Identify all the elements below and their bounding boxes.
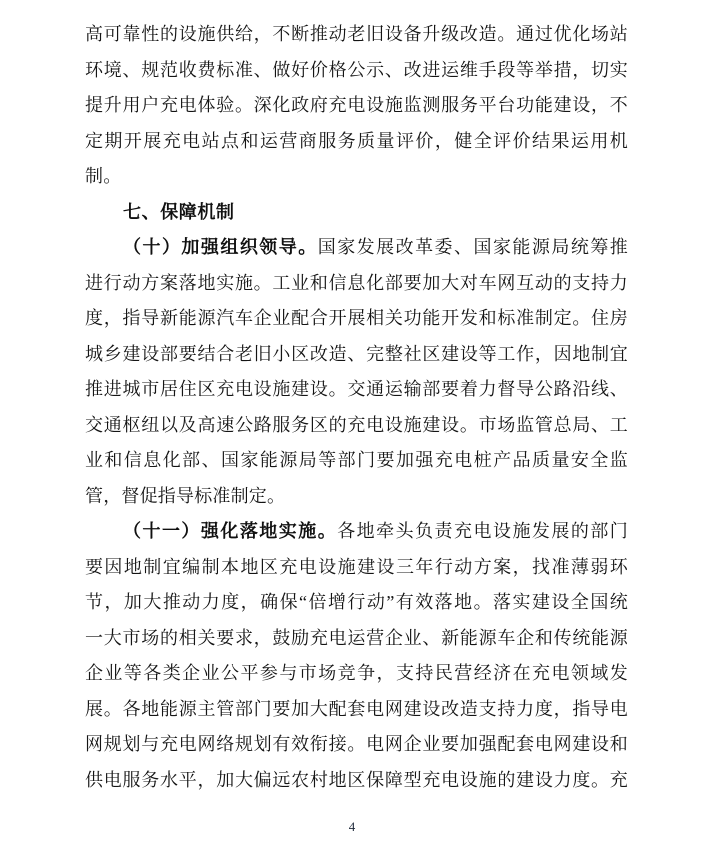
text-line: 交通枢纽以及高速公路服务区的充电设施建设。市场监管总局、工 <box>85 408 628 444</box>
text-line: 节，加大推动力度，确保“倍增行动”有效落地。落实建设全国统 <box>85 585 628 621</box>
text-line: （十）加强组织领导。国家发展改革委、国家能源局统筹推 <box>85 230 628 266</box>
text-line: 度，指导新能源汽车企业配合开展相关功能开发和标准制定。住房 <box>85 301 628 337</box>
text-line: 推进城市居住区充电设施建设。交通运输部要着力督导公路沿线、 <box>85 372 628 408</box>
text-line: 供电服务水平，加大偏远农村地区保障型充电设施的建设力度。充 <box>85 763 628 799</box>
paragraph-lead-bold: （十一）强化落地实施。 <box>123 521 337 541</box>
paragraph-lead-bold: （十）加强组织领导。 <box>123 237 318 257</box>
page-footer: 4 <box>0 818 704 836</box>
text-line: 定期开展充电站点和运营商服务质量评价，健全评价结果运用机 <box>85 124 628 160</box>
text-run: 国家发展改革委、国家能源局统筹推 <box>318 237 628 257</box>
page-number: 4 <box>349 819 356 834</box>
text-line: 高可靠性的设施供给，不断推动老旧设备升级改造。通过优化场站 <box>85 17 628 53</box>
text-line: 展。各地能源主管部门要加大配套电网建设改造支持力度，指导电 <box>85 692 628 728</box>
text-line: 进行动方案落地实施。工业和信息化部要加大对车网互动的支持力 <box>85 266 628 302</box>
document-body: 高可靠性的设施供给，不断推动老旧设备升级改造。通过优化场站 环境、规范收费标准、… <box>85 17 628 798</box>
text-line: 环境、规范收费标准、做好价格公示、改进运维手段等举措，切实 <box>85 53 628 89</box>
text-line: （十一）强化落地实施。各地牵头负责充电设施发展的部门 <box>85 514 628 550</box>
text-line: 城乡建设部要结合老旧小区改造、完整社区建设等工作，因地制宜 <box>85 337 628 373</box>
text-line: 企业等各类企业公平参与市场竞争，支持民营经济在充电领域发 <box>85 656 628 692</box>
text-line: 业和信息化部、国家能源局等部门要加强充电桩产品质量安全监 <box>85 443 628 479</box>
document-page: 高可靠性的设施供给，不断推动老旧设备升级改造。通过优化场站 环境、规范收费标准、… <box>0 0 704 857</box>
text-line: 管，督促指导标准制定。 <box>85 479 628 515</box>
text-run: 各地牵头负责充电设施发展的部门 <box>337 521 628 541</box>
text-line: 要因地制宜编制本地区充电设施建设三年行动方案，找准薄弱环 <box>85 550 628 586</box>
text-line: 网规划与充电网络规划有效衔接。电网企业要加强配套电网建设和 <box>85 727 628 763</box>
text-line: 一大市场的相关要求，鼓励充电运营企业、新能源车企和传统能源 <box>85 621 628 657</box>
section-heading: 七、保障机制 <box>85 195 628 231</box>
text-line: 制。 <box>85 159 628 195</box>
text-line: 提升用户充电体验。深化政府充电设施监测服务平台功能建设，不 <box>85 88 628 124</box>
